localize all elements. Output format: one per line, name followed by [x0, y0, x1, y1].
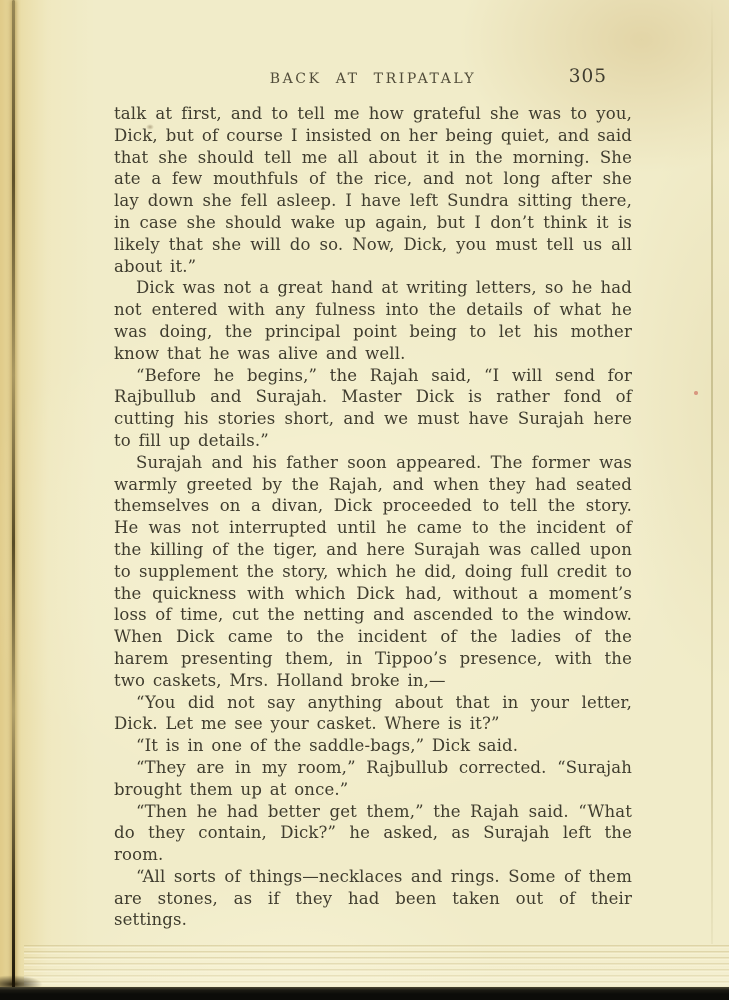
paragraph: “Then he had better get them,” the Rajah… [114, 801, 632, 866]
paragraph: “All sorts of things—necklaces and rings… [114, 866, 632, 931]
running-title: BACK AT TRIPATALY [114, 71, 632, 87]
paragraph: “You did not say anything about that in … [114, 692, 632, 736]
paragraph: “It is in one of the saddle-bags,” Dick … [114, 735, 632, 757]
paragraph: Surajah and his father soon appeared. Th… [114, 452, 632, 692]
paragraph: talk at first, and to tell me how gratef… [114, 103, 632, 277]
binding-gutter-crease [12, 0, 15, 988]
book-page-photo: BACK AT TRIPATALY 305 talk at first, and… [0, 0, 729, 1000]
page-header: BACK AT TRIPATALY 305 [114, 66, 632, 92]
body-text: talk at first, and to tell me how gratef… [114, 103, 632, 931]
paragraph: “They are in my room,” Rajbullub correct… [114, 757, 632, 801]
fore-edge-line [711, 0, 713, 944]
paragraph: Dick was not a great hand at writing let… [114, 277, 632, 364]
page-edge-stack [24, 942, 729, 986]
paragraph: “Before he begins,” the Rajah said, “I w… [114, 365, 632, 452]
page-number: 305 [569, 66, 607, 87]
book-cover-edge [0, 987, 729, 1000]
red-speck [694, 391, 698, 395]
